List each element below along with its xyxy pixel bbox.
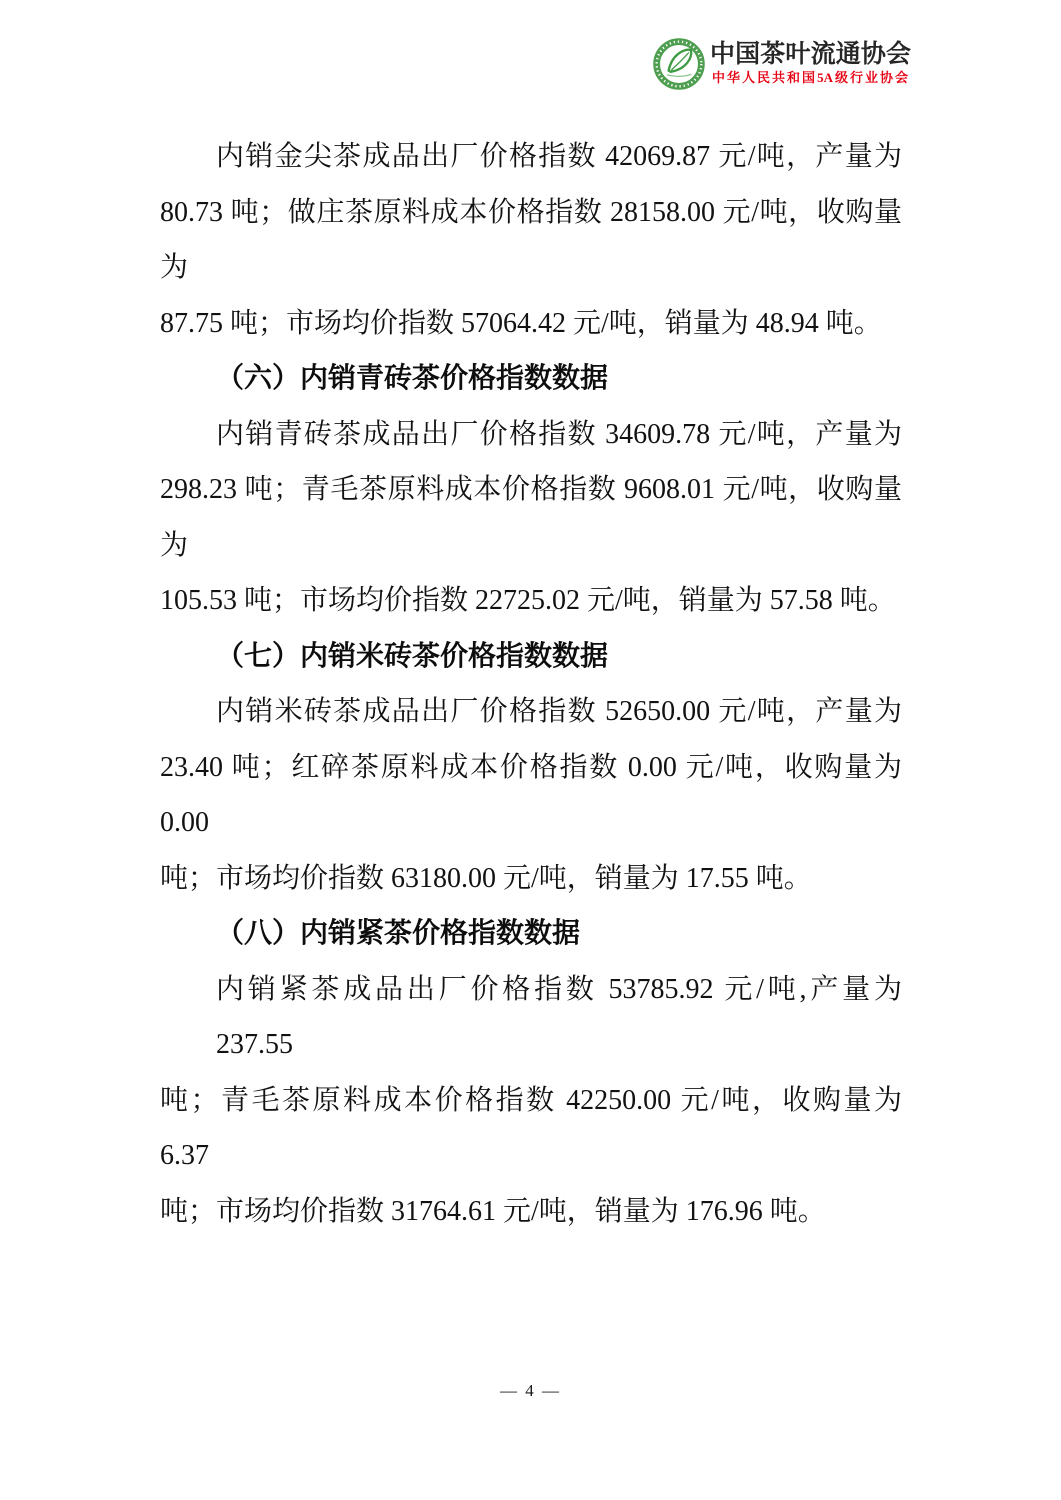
tea-association-logo-icon xyxy=(653,38,705,90)
document-page: 中国茶叶流通协会 中华人民共和国5A级行业协会 内销金尖茶成品出厂价格指数 42… xyxy=(0,0,1061,1500)
document-body: 内销金尖茶成品出厂价格指数 42069.87 元/吨，产量为 80.73 吨；做… xyxy=(160,129,902,1239)
paragraph-qingzhuan-line-1: 内销青砖茶成品出厂价格指数 34609.78 元/吨，产量为 xyxy=(160,407,902,463)
paragraph-jincha-line-2: 吨；青毛茶原料成本价格指数 42250.00 元/吨，收购量为 6.37 xyxy=(160,1073,902,1184)
paragraph-mizhuan-line-2: 23.40 吨；红碎茶原料成本价格指数 0.00 元/吨，收购量为 0.00 xyxy=(160,740,902,851)
section-heading-7: （七）内销米砖茶价格指数数据 xyxy=(160,629,902,685)
letterhead: 中国茶叶流通协会 中华人民共和国5A级行业协会 xyxy=(0,0,1061,120)
paragraph-jinjian-line-3: 87.75 吨；市场均价指数 57064.42 元/吨，销量为 48.94 吨。 xyxy=(160,296,902,352)
paragraph-jinjian-line-2: 80.73 吨；做庄茶原料成本价格指数 28158.00 元/吨，收购量为 xyxy=(160,185,902,296)
paragraph-mizhuan-line-3: 吨；市场均价指数 63180.00 元/吨，销量为 17.55 吨。 xyxy=(160,851,902,907)
section-heading-6: （六）内销青砖茶价格指数数据 xyxy=(160,351,902,407)
org-name: 中国茶叶流通协会 xyxy=(710,40,911,70)
paragraph-jincha-line-3: 吨；市场均价指数 31764.61 元/吨，销量为 176.96 吨。 xyxy=(160,1184,902,1240)
section-heading-8: （八）内销紧茶价格指数数据 xyxy=(160,906,902,962)
paragraph-mizhuan-line-1: 内销米砖茶成品出厂价格指数 52650.00 元/吨，产量为 xyxy=(160,684,902,740)
paragraph-qingzhuan-line-3: 105.53 吨；市场均价指数 22725.02 元/吨，销量为 57.58 吨… xyxy=(160,573,902,629)
page-number: — 4 — xyxy=(0,1381,1061,1401)
paragraph-jincha-line-1: 内销紧茶成品出厂价格指数 53785.92 元/吨,产量为 237.55 xyxy=(160,962,902,1073)
paragraph-jinjian-line-1: 内销金尖茶成品出厂价格指数 42069.87 元/吨，产量为 xyxy=(160,129,902,185)
paragraph-qingzhuan-line-2: 298.23 吨；青毛茶原料成本价格指数 9608.01 元/吨，收购量为 xyxy=(160,462,902,573)
org-subtitle: 中华人民共和国5A级行业协会 xyxy=(712,70,908,85)
